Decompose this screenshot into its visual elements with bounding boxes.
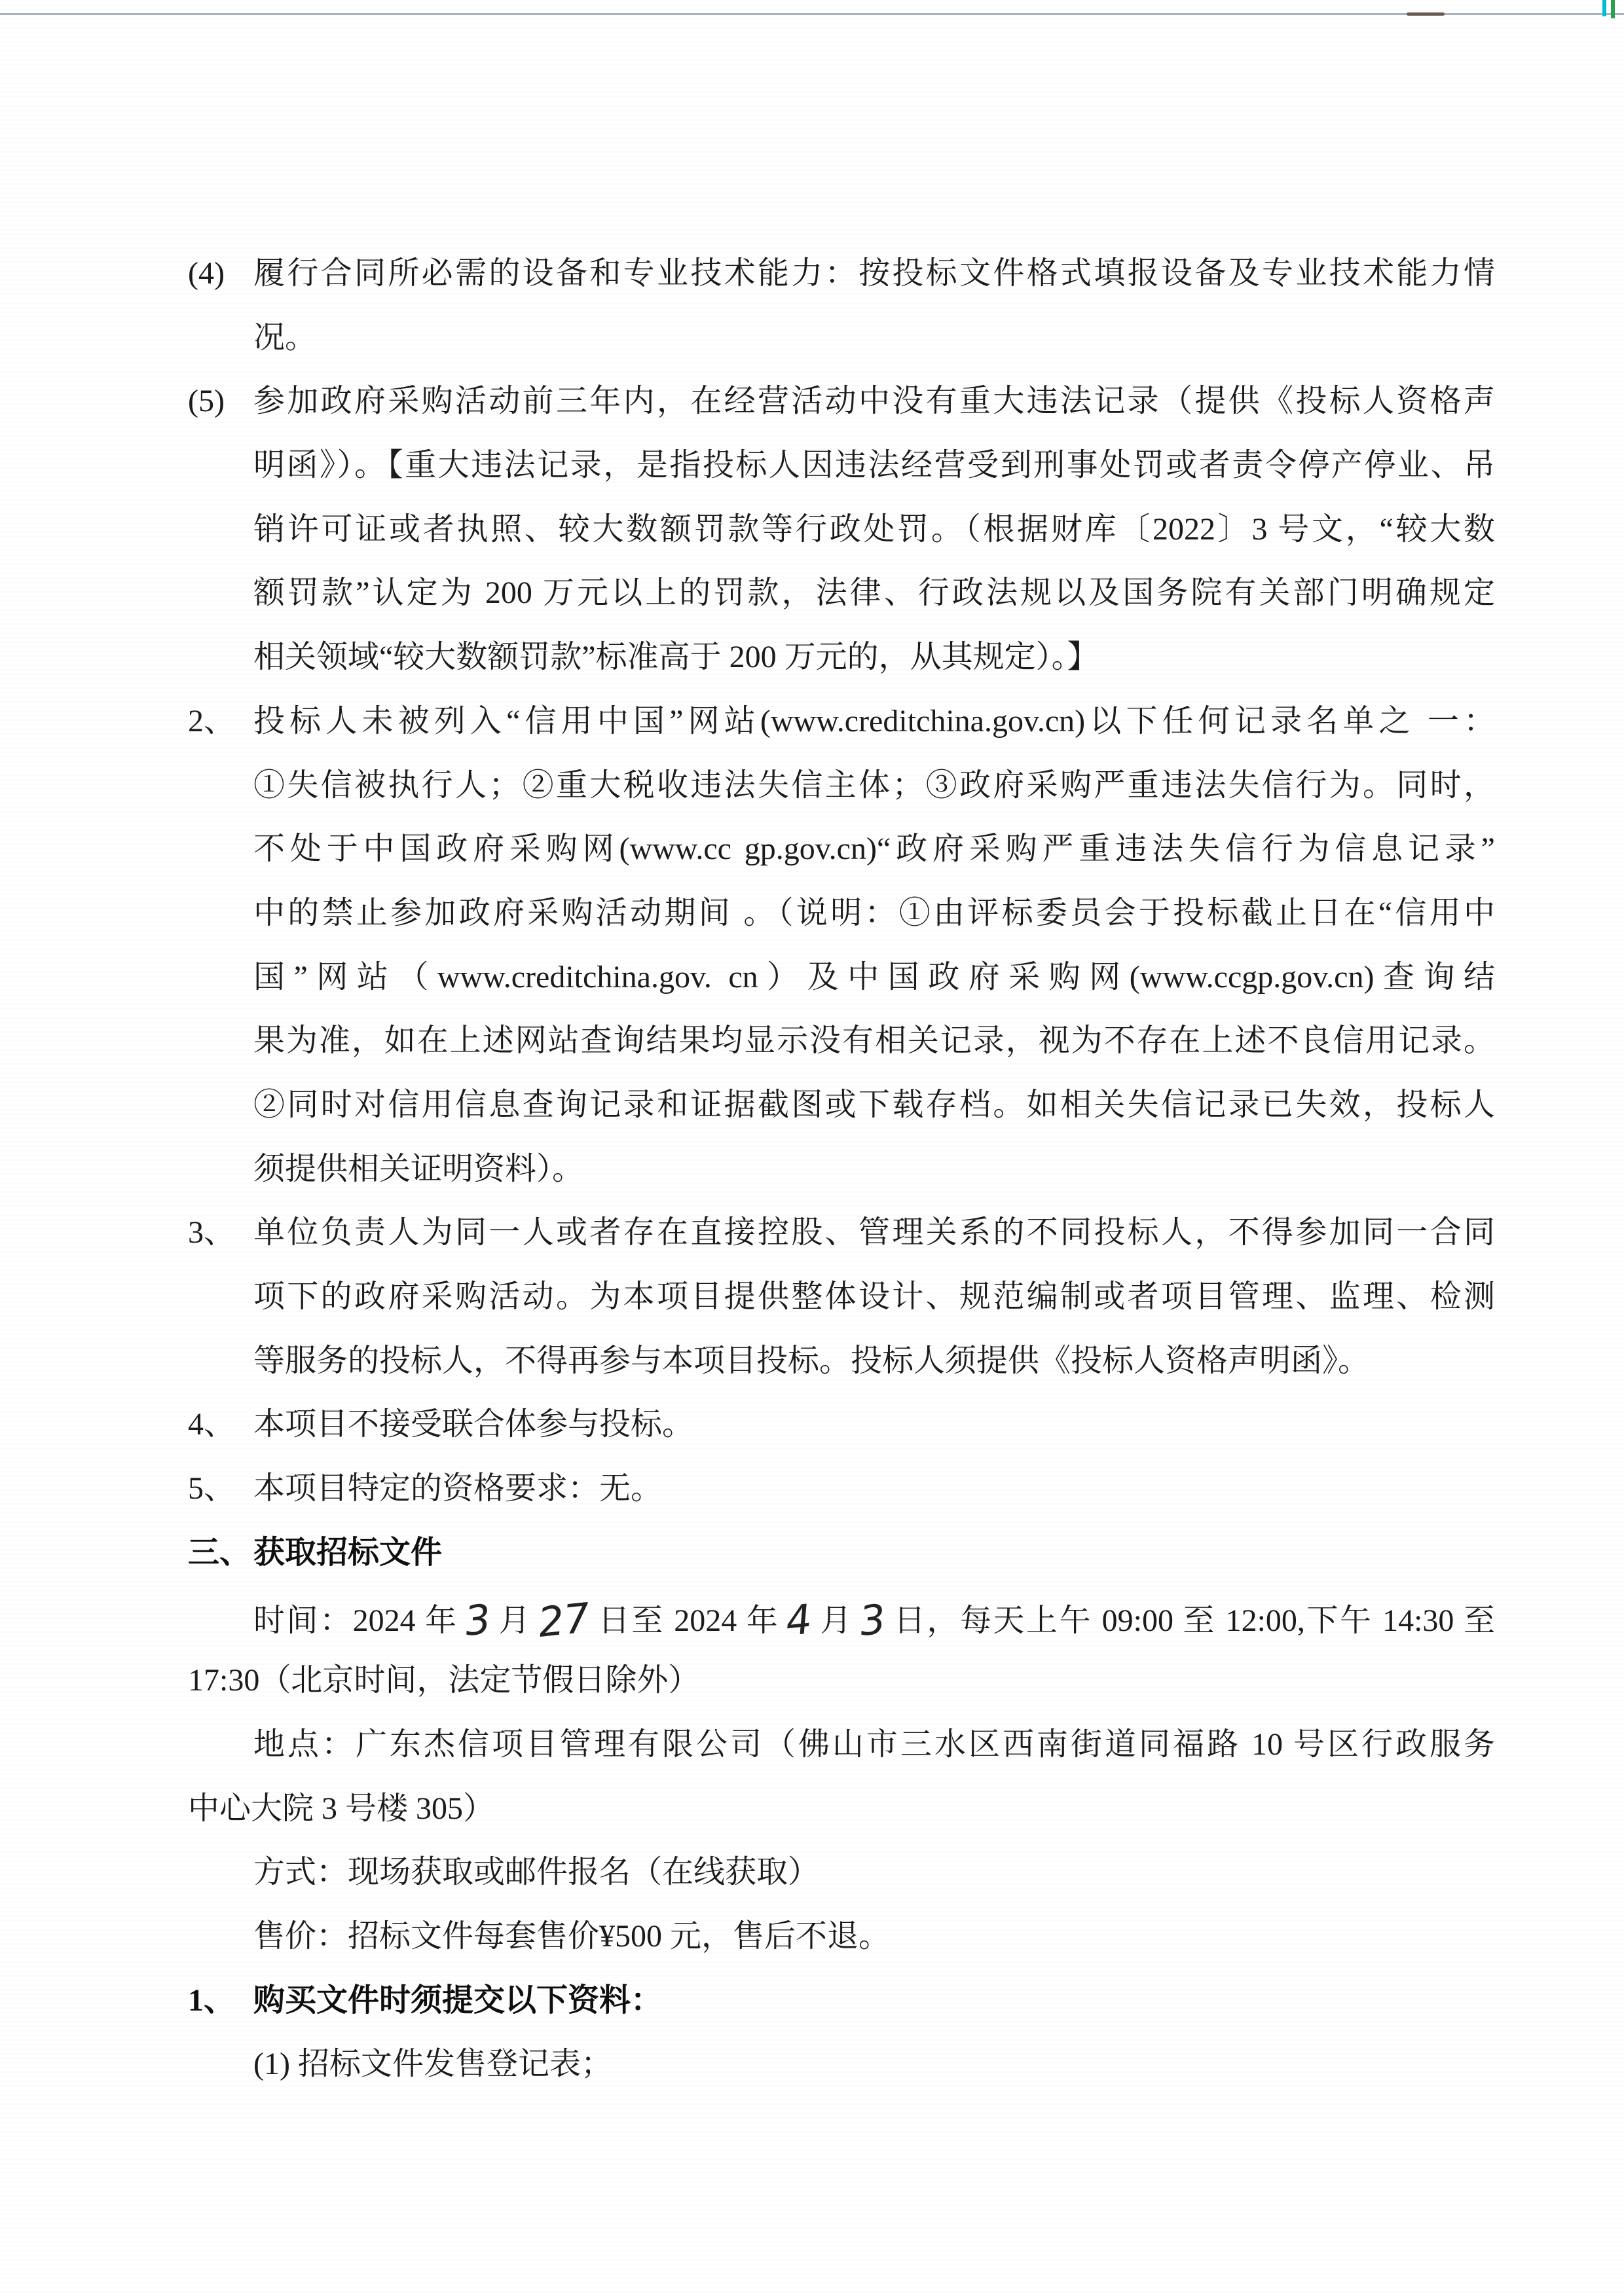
doc-line-text: 项下的政府采购活动。为本项目提供整体设计、规范编制或者项目管理、监理、检测 (253, 1277, 1495, 1341)
printed-text: 日至 2024 年 (597, 1603, 779, 1638)
doc-line-item: 5、本项目特定的资格要求：无。 (188, 1469, 1495, 1533)
doc-line-text: 中的禁止参加政府采购活动期间 。（说明：①由评标委员会于投标截止日在“信用中 (253, 894, 1495, 958)
doc-line-item: 3、单位负责人为同一人或者存在直接控股、管理关系的不同投标人，不得参加同一合同 (188, 1213, 1495, 1277)
doc-line-text: 况。 (253, 318, 1495, 382)
doc-line: 须提供相关证明资料）。 (188, 1150, 1495, 1214)
list-marker: 4、 (188, 1405, 253, 1469)
doc-line: 明函》）。【重大违法记录，是指投标人因违法经营受到刑事处罚或者责令停产停业、吊 (188, 446, 1495, 510)
doc-line-text: 国”网站（www.creditchina.gov. cn）及中国政府采购网(ww… (253, 958, 1495, 1022)
doc-line-text: 相关领域“较大数额罚款”标准高于 200 万元的，从其规定）。】 (253, 638, 1495, 702)
doc-line-text: 额罚款”认定为 200 万元以上的罚款，法律、行政法规以及国务院有关部门明确规定 (253, 574, 1495, 638)
list-marker: 5、 (188, 1469, 253, 1533)
doc-line-text: 果为准，如在上述网站查询结果均显示没有相关记录，视为不存在上述不良信用记录。 (253, 1021, 1495, 1085)
doc-line: 不处于中国政府采购网(www.cc gp.gov.cn)“政府采购严重违法失信行… (188, 829, 1495, 894)
doc-line: 方式：现场获取或邮件报名（在线获取） (188, 1853, 1495, 1917)
list-marker: (5) (188, 382, 253, 446)
printed-text: 时间：2024 年 (253, 1603, 458, 1638)
doc-line-item: (5)参加政府采购活动前三年内，在经营活动中没有重大违法记录（提供《投标人资格声 (188, 382, 1495, 446)
doc-line-item: 4、本项目不接受联合体参与投标。 (188, 1405, 1495, 1469)
doc-line-text: 投标人未被列入“信用中国”网站(www.creditchina.gov.cn)以… (253, 702, 1495, 766)
doc-line-text: 获取招标文件 (253, 1533, 1495, 1597)
doc-line-text: 中心大院 3 号楼 305） (188, 1789, 1495, 1853)
doc-line: 国”网站（www.creditchina.gov. cn）及中国政府采购网(ww… (188, 958, 1495, 1022)
doc-line-item: 1、购买文件时须提交以下资料： (188, 1981, 1495, 2045)
doc-line: 况。 (188, 318, 1495, 382)
scanned-document-page: (4)履行合同所必需的设备和专业技术能力：按投标文件格式填报设备及专业技术能力情… (0, 0, 1624, 2296)
doc-line-text: 明函》）。【重大违法记录，是指投标人因违法经营受到刑事处罚或者责令停产停业、吊 (253, 446, 1495, 510)
printed-text: 日，每天上午 09:00 至 12:00,下午 14:30 至 (892, 1603, 1495, 1638)
list-marker: 2、 (188, 702, 253, 766)
doc-line: 中心大院 3 号楼 305） (188, 1789, 1495, 1853)
doc-line-text: 不处于中国政府采购网(www.cc gp.gov.cn)“政府采购严重违法失信行… (253, 829, 1495, 894)
doc-line: 项下的政府采购活动。为本项目提供整体设计、规范编制或者项目管理、监理、检测 (188, 1277, 1495, 1341)
doc-line: 销许可证或者执照、较大数额罚款等行政处罚。（根据财库〔2022〕3 号文，“较大… (188, 510, 1495, 574)
scan-line-blemish (1407, 12, 1445, 16)
doc-line-text: 本项目特定的资格要求：无。 (253, 1469, 1495, 1533)
doc-line-text: ①失信被执行人；②重大税收违法失信主体；③政府采购严重违法失信行为。同时， (253, 766, 1495, 830)
doc-line-text: 本项目不接受联合体参与投标。 (253, 1405, 1495, 1469)
doc-line-text: 等服务的投标人，不得再参与本项目投标。投标人须提供《投标人资格声明函》。 (253, 1341, 1495, 1406)
doc-line: ②同时对信用信息查询记录和证据截图或下载存档。如相关失信记录已失效，投标人 (188, 1085, 1495, 1150)
doc-line: 时间：2024 年3月27日至 2024 年4月3日，每天上午 09:00 至 … (188, 1597, 1495, 1661)
handwritten-digit: 3 (858, 1599, 888, 1643)
list-marker: (4) (188, 254, 253, 318)
handwritten-digit: 3 (463, 1599, 493, 1643)
doc-line-item: 三、获取招标文件 (188, 1533, 1495, 1597)
doc-line: ①失信被执行人；②重大税收违法失信主体；③政府采购严重违法失信行为。同时， (188, 766, 1495, 830)
doc-line-text: 售价：招标文件每套售价¥500 元，售后不退。 (253, 1917, 1495, 1981)
doc-line-text: 须提供相关证明资料）。 (253, 1150, 1495, 1214)
doc-line-text: 单位负责人为同一人或者存在直接控股、管理关系的不同投标人，不得参加同一合同 (253, 1213, 1495, 1277)
doc-line-text: 销许可证或者执照、较大数额罚款等行政处罚。（根据财库〔2022〕3 号文，“较大… (253, 510, 1495, 574)
doc-line: 果为准，如在上述网站查询结果均显示没有相关记录，视为不存在上述不良信用记录。 (188, 1021, 1495, 1085)
list-marker: 1、 (188, 1981, 253, 2045)
doc-line: (1) 招标文件发售登记表； (188, 2045, 1495, 2109)
doc-line-text: 购买文件时须提交以下资料： (253, 1981, 1495, 2045)
registration-mark-green (1611, 0, 1615, 18)
doc-line-text: (1) 招标文件发售登记表； (253, 2045, 1495, 2109)
doc-line-text: 17:30（北京时间，法定节假日除外） (188, 1661, 1495, 1725)
document-body: (4)履行合同所必需的设备和专业技术能力：按投标文件格式填报设备及专业技术能力情… (0, 254, 1624, 2109)
doc-line-item: (4)履行合同所必需的设备和专业技术能力：按投标文件格式填报设备及专业技术能力情 (188, 254, 1495, 318)
doc-line-text: 时间：2024 年3月27日至 2024 年4月3日，每天上午 09:00 至 … (253, 1597, 1495, 1661)
doc-line: 地点：广东杰信项目管理有限公司（佛山市三水区西南街道同福路 10 号区行政服务 (188, 1725, 1495, 1789)
doc-line: 中的禁止参加政府采购活动期间 。（说明：①由评标委员会于投标截止日在“信用中 (188, 894, 1495, 958)
doc-line-text: 履行合同所必需的设备和专业技术能力：按投标文件格式填报设备及专业技术能力情 (253, 254, 1495, 318)
doc-line: 相关领域“较大数额罚款”标准高于 200 万元的，从其规定）。】 (188, 638, 1495, 702)
registration-mark-cyan (1602, 0, 1606, 16)
doc-line: 17:30（北京时间，法定节假日除外） (188, 1661, 1495, 1725)
doc-line: 售价：招标文件每套售价¥500 元，售后不退。 (188, 1917, 1495, 1981)
doc-line-item: 2、投标人未被列入“信用中国”网站(www.creditchina.gov.cn… (188, 702, 1495, 766)
doc-line-text: 地点：广东杰信项目管理有限公司（佛山市三水区西南街道同福路 10 号区行政服务 (253, 1725, 1495, 1789)
doc-line-text: 参加政府采购活动前三年内，在经营活动中没有重大违法记录（提供《投标人资格声 (253, 382, 1495, 446)
printed-text: 月 (497, 1603, 532, 1638)
scan-artifact-line (0, 13, 1624, 15)
doc-line-text: ②同时对信用信息查询记录和证据截图或下载存档。如相关失信记录已失效，投标人 (253, 1085, 1495, 1150)
doc-line: 等服务的投标人，不得再参与本项目投标。投标人须提供《投标人资格声明函》。 (188, 1341, 1495, 1406)
list-marker: 三、 (188, 1533, 253, 1597)
handwritten-digit: 4 (784, 1599, 814, 1643)
printed-text: 月 (819, 1603, 853, 1638)
doc-line: 额罚款”认定为 200 万元以上的罚款，法律、行政法规以及国务院有关部门明确规定 (188, 574, 1495, 638)
doc-line-text: 方式：现场获取或邮件报名（在线获取） (253, 1853, 1495, 1917)
handwritten-digit: 27 (536, 1597, 592, 1643)
list-marker: 3、 (188, 1213, 253, 1277)
